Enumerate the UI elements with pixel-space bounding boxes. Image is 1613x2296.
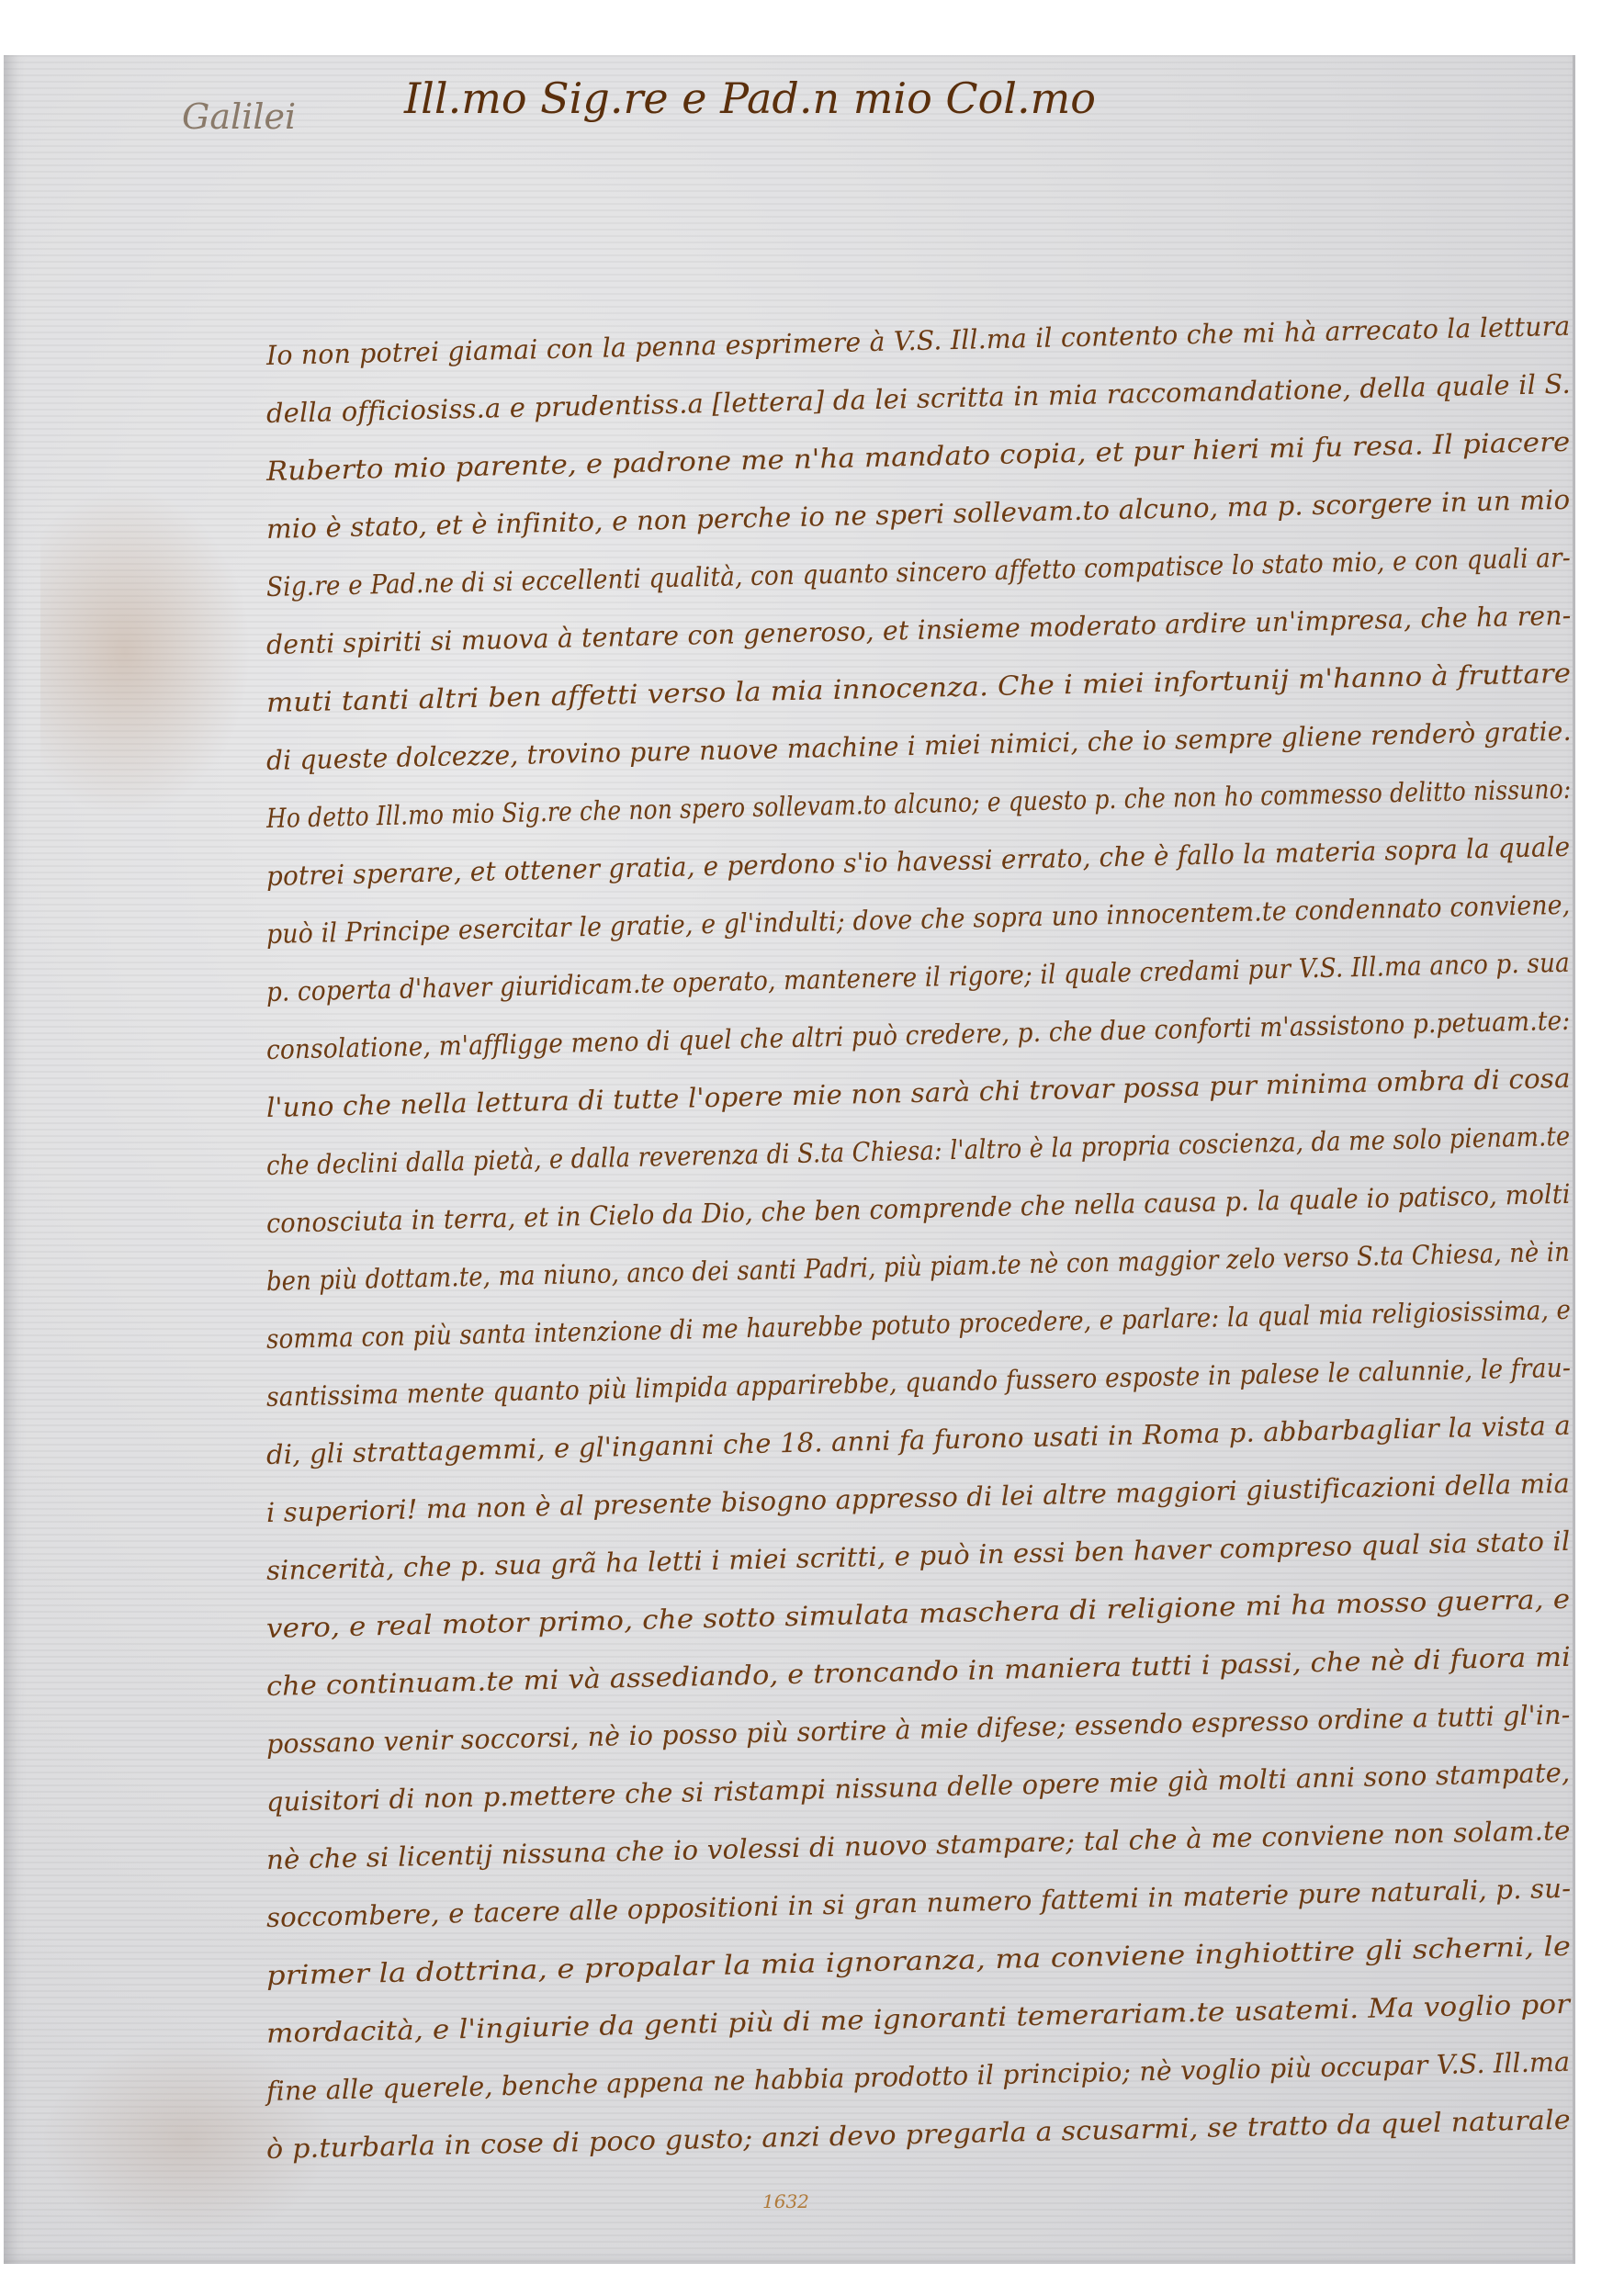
footer-ink-mark: 1632 [762, 2190, 809, 2212]
ink-bleed-through-stain [40, 487, 252, 817]
salutation-heading: Ill.mo Sig.re e Pad.n mio Col.mo [404, 73, 1096, 123]
archive-note: Galilei [182, 96, 296, 137]
